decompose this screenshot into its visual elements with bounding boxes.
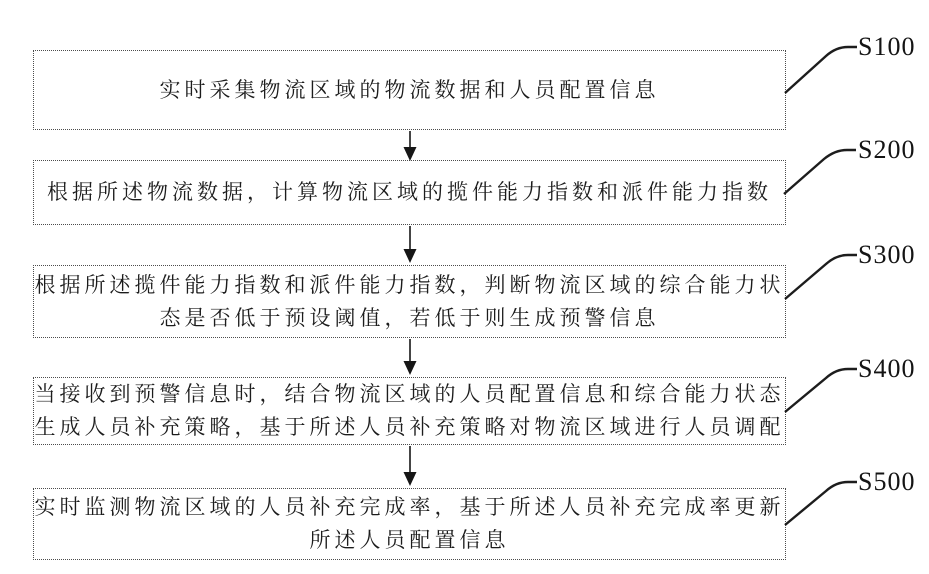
leader-line-s100 [785, 47, 857, 93]
step-label-s200: S200 [858, 136, 924, 164]
step-label-s400: S400 [858, 355, 924, 383]
leader-line-s200 [784, 150, 856, 194]
leader-line-s300 [785, 255, 857, 299]
flow-step-box-s300: 根据所述揽件能力指数和派件能力指数，判断物流区域的综合能力状 态是否低于预设阈值… [33, 265, 786, 338]
flow-step-text-s200: 根据所述物流数据，计算物流区域的揽件能力指数和派件能力指数 [34, 176, 785, 209]
flow-step-box-s500: 实时监测物流区域的人员补充完成率，基于所述人员补充完成率更新 所述人员配置信息 [33, 488, 786, 560]
flow-step-text-s300: 根据所述揽件能力指数和派件能力指数，判断物流区域的综合能力状 态是否低于预设阈值… [34, 269, 785, 335]
step-label-s500: S500 [858, 468, 924, 496]
flow-step-text-s100: 实时采集物流区域的物流数据和人员配置信息 [34, 74, 785, 107]
step-label-s300: S300 [858, 241, 924, 269]
down-arrow-icon [404, 446, 417, 486]
leader-line-s400 [785, 369, 857, 412]
flow-step-text-s400: 当接收到预警信息时，结合物流区域的人员配置信息和综合能力状态 生成人员补充策略，… [34, 378, 785, 444]
leader-line-s500 [785, 482, 857, 525]
flow-step-text-s500: 实时监测物流区域的人员补充完成率，基于所述人员补充完成率更新 所述人员配置信息 [34, 491, 785, 557]
down-arrow-icon [404, 339, 417, 375]
flow-step-box-s400: 当接收到预警信息时，结合物流区域的人员配置信息和综合能力状态 生成人员补充策略，… [33, 377, 786, 445]
flow-step-box-s200: 根据所述物流数据，计算物流区域的揽件能力指数和派件能力指数 [33, 160, 786, 225]
flowchart-canvas: 实时采集物流区域的物流数据和人员配置信息 根据所述物流数据，计算物流区域的揽件能… [0, 0, 929, 574]
down-arrow-icon [404, 226, 417, 263]
down-arrow-icon [404, 131, 417, 161]
flow-step-box-s100: 实时采集物流区域的物流数据和人员配置信息 [33, 50, 786, 130]
step-label-s100: S100 [858, 33, 924, 61]
